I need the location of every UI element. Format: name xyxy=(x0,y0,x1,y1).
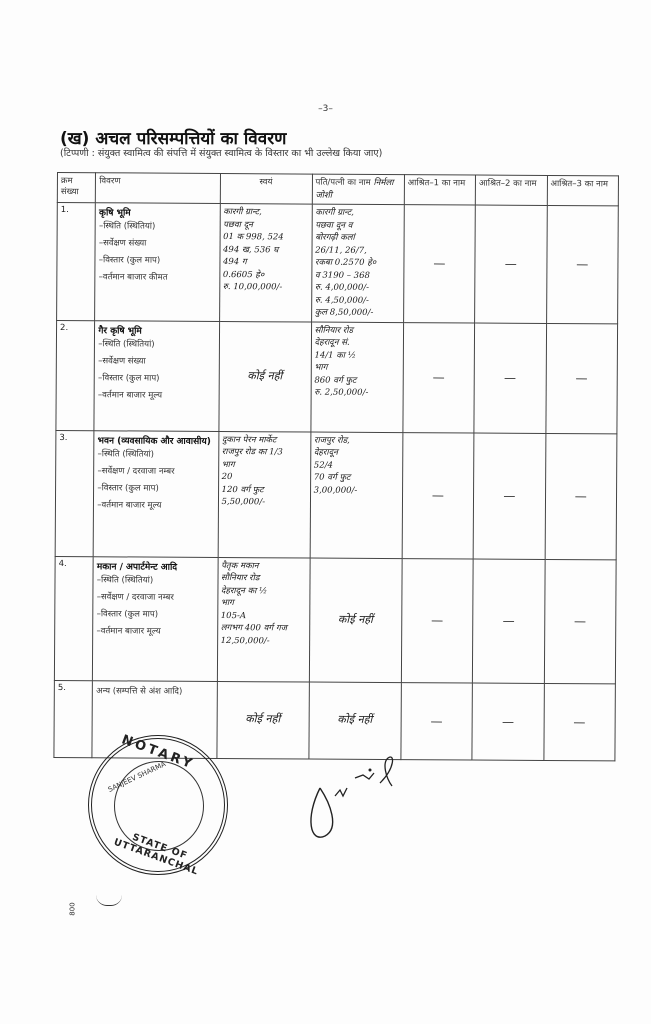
serial-cell: 5. xyxy=(54,680,93,757)
handwritten-entry: राजपुर रोड का 1/3 xyxy=(222,446,307,459)
dependent-3-cell: — xyxy=(544,559,616,683)
header-spouse-label: पति/पत्नी का नाम xyxy=(316,178,371,188)
table-row: 4.मकान / अपार्टमेन्ट आदि–स्थिति (स्थितिय… xyxy=(54,556,616,683)
table-header-row: क्रम संख्या विवरण स्वयं पति/पत्नी का नाम… xyxy=(57,173,618,206)
handwritten-entry: कारगी ग्रान्ट, xyxy=(315,207,400,220)
self-value-cell: कारगी ग्रान्ट,पछवा दून01 क 998, 524494 ख… xyxy=(219,203,312,321)
handwritten-entry: भाग xyxy=(221,597,306,610)
dependent-1-cell: — xyxy=(403,205,475,323)
description-line: –विस्तार (कुल माप) xyxy=(98,370,215,388)
dependent-2-cell: — xyxy=(472,683,544,760)
serial-cell: 3. xyxy=(55,430,94,556)
table-row: 3.भवन (व्यवसायिक और आवासीय)–स्थिति (स्थि… xyxy=(55,430,617,559)
handwritten-entry: 01 क 998, 524 xyxy=(223,231,308,244)
handwritten-entry: 120 वर्ग फुट xyxy=(222,484,307,497)
pen-mark xyxy=(96,895,122,906)
handwritten-entry: 3,00,000/- xyxy=(314,484,399,497)
header-dependent-2: आश्रित–2 का नाम xyxy=(475,175,547,205)
header-serial: क्रम संख्या xyxy=(57,173,95,203)
asset-type-heading: भवन (व्यवसायिक और आवासीय) xyxy=(98,433,215,447)
section-note: (टिप्पणी : संयुक्त स्वामित्व की संपत्ति … xyxy=(60,146,382,159)
asset-type-heading: गैर कृषि भूमि xyxy=(98,323,215,337)
dependent-3-cell: — xyxy=(545,433,617,559)
description-line: –विस्तार (कुल माप) xyxy=(97,480,214,498)
description-line: –वर्तमान बाजार मूल्य xyxy=(96,623,213,641)
handwritten-entry: 494 ग xyxy=(223,256,308,269)
handwritten-entry: रकबा 0.2570 हे० xyxy=(315,257,400,270)
serial-cell: 4. xyxy=(54,556,93,680)
handwritten-entry: राजपुर रोड, xyxy=(314,434,399,447)
self-value-cell: पैतृक मकानसौनियार रोडदेहरादून का ½भाग105… xyxy=(217,557,310,682)
dependent-2-cell: — xyxy=(473,559,545,683)
handwritten-entry: 70 वर्ग फुट xyxy=(314,472,399,485)
handwritten-entry: रु. 4,50,000/- xyxy=(315,294,400,307)
description-line: –विस्तार (कुल माप) xyxy=(99,252,216,270)
handwritten-entry: सौनियार रोड xyxy=(221,572,306,585)
description-line: –वर्तमान बाजार मूल्य xyxy=(98,387,215,405)
handwritten-entry: पैतृक मकान xyxy=(221,560,306,573)
handwritten-entry: रु. 4,00,000/- xyxy=(315,282,400,295)
self-value-cell: कोई नहीं xyxy=(218,321,311,432)
handwritten-entry: पछवा दून व xyxy=(315,219,400,232)
dependent-2-cell: — xyxy=(475,205,547,323)
handwritten-entry: कारगी ग्रान्ट, xyxy=(223,206,308,219)
header-description: विवरण xyxy=(96,173,220,204)
description-cell: भवन (व्यवसायिक और आवासीय)–स्थिति (स्थिति… xyxy=(93,430,218,557)
handwritten-entry: 26/11, 26/7, xyxy=(315,244,400,257)
handwritten-entry: कोई नहीं xyxy=(220,713,305,726)
handwritten-entry: लगभग 400 वर्ग गज xyxy=(221,622,306,635)
handwritten-entry: बोरगढ़ी कलां xyxy=(315,232,400,245)
header-dependent-1: आश्रित–1 का नाम xyxy=(404,175,476,205)
handwritten-entry: देहरादून सं. xyxy=(315,337,400,350)
description-cell: गैर कृषि भूमि–स्थिति (स्थितियां)–सर्वेक्… xyxy=(94,320,219,431)
serial-cell: 1. xyxy=(57,203,96,321)
dependent-3-cell: — xyxy=(546,205,618,323)
handwritten-entry: 105-A xyxy=(221,610,306,623)
asset-type-heading: मकान / अपार्टमेन्ट आदि xyxy=(97,559,214,573)
handwritten-entry: व 3190 – 368 xyxy=(315,269,400,282)
handwritten-entry: 52/4 xyxy=(314,459,399,472)
description-line: –स्थिति (स्थितियां) xyxy=(98,336,215,354)
handwritten-entry: रु. 2,50,000/- xyxy=(314,387,399,400)
description-line: –स्थिति (स्थितियां) xyxy=(98,446,215,464)
description-line: –सर्वेक्षण / दरवाजा नम्बर xyxy=(97,589,214,607)
spouse-value-cell: कारगी ग्रान्ट,पछवा दून वबोरगढ़ी कलां26/1… xyxy=(311,204,404,322)
spouse-value-cell: राजपुर रोड,देहरादून52/470 वर्ग फुट3,00,0… xyxy=(310,432,403,559)
table-row: 1.कृषि भूमि–स्थिति (स्थितियां)–सर्वेक्षण… xyxy=(57,203,619,324)
spouse-value-cell: सौनियार रोडदेहरादून सं.14/1 का ½भाग860 व… xyxy=(311,322,404,433)
handwritten-entry: पछवा दून xyxy=(223,219,308,232)
handwritten-entry: दुकान पेरन मार्केट xyxy=(222,434,307,447)
spouse-value-cell: कोई नहीं xyxy=(309,558,402,683)
handwritten-entry: 860 वर्ग फुट xyxy=(314,374,399,387)
description-line: –वर्तमान बाजार मूल्य xyxy=(97,497,214,515)
description-line: –स्थिति (स्थितियां) xyxy=(99,218,216,236)
header-dependent-3: आश्रित–3 का नाम xyxy=(547,175,619,205)
dependent-1-cell: — xyxy=(402,432,474,558)
description-line: –सर्वेक्षण / दरवाजा नम्बर xyxy=(97,463,214,481)
self-value-cell: दुकान पेरन मार्केटराजपुर रोड का 1/3भाग20… xyxy=(218,431,311,558)
handwritten-entry: रु. 10,00,000/- xyxy=(223,281,308,294)
immovable-assets-table: क्रम संख्या विवरण स्वयं पति/पत्नी का नाम… xyxy=(53,172,619,761)
signature xyxy=(300,748,410,843)
handwritten-entry: कोई नहीं xyxy=(312,714,397,727)
description-line: –सर्वेक्षण संख्या xyxy=(99,235,216,253)
description-line: –स्थिति (स्थितियां) xyxy=(97,572,214,590)
handwritten-entry: सौनियार रोड xyxy=(315,324,400,337)
handwritten-entry: 20 xyxy=(222,471,307,484)
handwritten-entry: 0.6605 हे० xyxy=(223,269,308,282)
handwritten-entry: देहरादून का ½ xyxy=(221,585,306,598)
dependent-1-cell: — xyxy=(401,558,473,682)
page-number: –3– xyxy=(0,104,651,114)
description-line: –सर्वेक्षण संख्या xyxy=(98,353,215,371)
handwritten-entry: 494 ख, 536 घ xyxy=(223,244,308,257)
handwritten-entry: भाग xyxy=(222,459,307,472)
header-self: स्वयं xyxy=(220,173,312,204)
handwritten-entry: 14/1 का ½ xyxy=(314,349,399,362)
description-cell: कृषि भूमि–स्थिति (स्थितियां)–सर्वेक्षण स… xyxy=(95,203,220,321)
table-row: 2.गैर कृषि भूमि–स्थिति (स्थितियां)–सर्वे… xyxy=(56,320,618,433)
handwritten-entry: कोई नहीं xyxy=(313,613,398,626)
margin-mark: 800 xyxy=(69,902,77,915)
description-line: –विस्तार (कुल माप) xyxy=(97,606,214,624)
self-value-cell: कोई नहीं xyxy=(216,681,309,759)
notary-stamp: NOTARY SANJEEV SHARMA STATE OF UTTARANCH… xyxy=(88,735,228,875)
dependent-2-cell: — xyxy=(474,323,546,433)
handwritten-entry: 12,50,000/- xyxy=(221,635,306,648)
handwritten-entry: कोई नहीं xyxy=(222,370,307,383)
handwritten-entry: 5,50,000/- xyxy=(221,496,306,509)
handwritten-entry: भाग xyxy=(314,362,399,375)
asset-type-heading: कृषि भूमि xyxy=(99,205,216,219)
dependent-1-cell: — xyxy=(401,682,473,759)
dependent-3-cell: — xyxy=(545,323,617,433)
dependent-1-cell: — xyxy=(403,322,475,432)
dependent-3-cell: — xyxy=(543,683,615,760)
serial-cell: 2. xyxy=(56,320,95,430)
description-line: अन्य (सम्पत्ति से अंश आदि) xyxy=(96,683,213,701)
header-spouse: पति/पत्नी का नाम निर्मला जोशी xyxy=(312,174,404,205)
description-cell: मकान / अपार्टमेन्ट आदि–स्थिति (स्थितियां… xyxy=(93,556,218,681)
description-line: –वर्तमान बाजार कीमत xyxy=(99,269,216,287)
handwritten-entry: कुल 8,50,000/- xyxy=(315,307,400,320)
handwritten-entry: देहरादून xyxy=(314,447,399,460)
dependent-2-cell: — xyxy=(473,433,545,559)
